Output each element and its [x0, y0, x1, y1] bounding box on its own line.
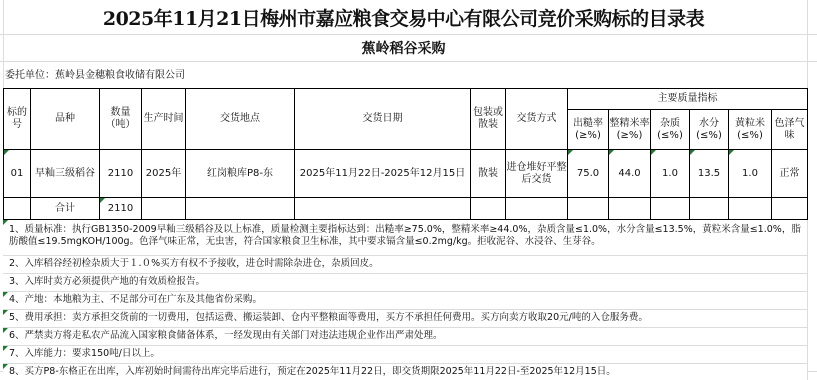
total-quantity[interactable]: 2110	[100, 198, 142, 220]
header-lot-no: 标的号	[4, 89, 31, 150]
header-quantity: 数量（吨）	[100, 89, 142, 150]
cell-empty[interactable]	[690, 198, 729, 220]
cell-quantity[interactable]: 2110	[100, 150, 142, 198]
note-item[interactable]: 1、质量标准：执行GB1350-2009早籼三级稻谷及以上标准，质量检测主要指标…	[3, 220, 807, 256]
cell-empty[interactable]	[295, 198, 471, 220]
cell-empty[interactable]	[471, 198, 506, 220]
cell-delivery-method[interactable]: 进仓堆好平整后交货	[506, 150, 568, 198]
lot-table: 标的号 品种 数量（吨） 生产时间 交货地点 交货日期 包装或散装 交货方式 主…	[3, 88, 808, 220]
cell-moisture[interactable]: 13.5	[690, 150, 729, 198]
header-moisture: 水分(≤%)	[690, 110, 729, 150]
cell-impurity[interactable]: 1.0	[651, 150, 690, 198]
cell-empty[interactable]	[651, 198, 690, 220]
total-row: 合计 2110	[4, 198, 808, 220]
cell-delivery-date[interactable]: 2025年11月22日-2025年12月15日	[295, 150, 471, 198]
page-title: 2025年11月21日梅州市嘉应粮食交易中心有限公司竞价采购标的目录表	[0, 0, 807, 34]
cell-empty[interactable]	[506, 198, 568, 220]
cell-empty[interactable]	[772, 198, 808, 220]
header-variety: 品种	[31, 89, 100, 150]
cell-empty[interactable]	[609, 198, 651, 220]
cell-delivery-location[interactable]: 红岗粮库P8-东	[186, 150, 295, 198]
cell-yellow-rice[interactable]: 1.0	[729, 150, 772, 198]
cell-empty[interactable]	[729, 198, 772, 220]
cell-variety[interactable]: 早籼三级稻谷	[31, 150, 100, 198]
header-delivery-location: 交货地点	[186, 89, 295, 150]
header-delivery-date: 交货日期	[295, 89, 471, 150]
note-item[interactable]: 6、严禁卖方将走私农产品流入国家粮食储备体系，一经发现由有关部门对违法违规企业作…	[3, 328, 807, 346]
table-row: 01 早籼三级稻谷 2110 2025年 红岗粮库P8-东 2025年11月22…	[4, 150, 808, 198]
header-color-odor: 色泽气味	[772, 110, 808, 150]
page-subtitle: 蕉岭稻谷采购	[0, 34, 807, 61]
note-item[interactable]: 4、产地：本地粮为主、不足部分可在广东及其他省份采购。	[3, 292, 807, 310]
cell-empty[interactable]	[186, 198, 295, 220]
cell-empty[interactable]	[4, 198, 31, 220]
cell-packaging[interactable]: 散装	[471, 150, 506, 198]
total-label[interactable]: 合计	[31, 198, 100, 220]
header-production-year: 生产时间	[142, 89, 186, 150]
cell-husking-rate[interactable]: 75.0	[568, 150, 609, 198]
client-unit: 委托单位：蕉岭县金穗粮食收储有限公司	[5, 66, 185, 81]
note-item[interactable]: 3、入库时卖方必须提供产地的有效质检报告。	[3, 274, 807, 292]
note-item[interactable]: 8、买方P8-东格正在出库，入库初始时间需待出库完毕后进行，预定在2025年11…	[3, 364, 807, 380]
note-item[interactable]: 7、入库能力：要求150吨/日以上。	[3, 346, 807, 364]
note-item[interactable]: 5、费用承担：卖方承担交货前的一切费用，包括运费、搬运装卸、仓内平整粮面等费用，…	[3, 310, 807, 328]
cell-empty[interactable]	[568, 198, 609, 220]
cell-color-odor[interactable]: 正常	[772, 150, 808, 198]
cell-lot-no[interactable]: 01	[4, 150, 31, 198]
cell-head-rice-rate[interactable]: 44.0	[609, 150, 651, 198]
header-yellow-rice: 黄粒米(≤%)	[729, 110, 772, 150]
header-husking-rate: 出糙率(≥%)	[568, 110, 609, 150]
header-packaging: 包装或散装	[471, 89, 506, 150]
header-head-rice-rate: 整精米率(≥%)	[609, 110, 651, 150]
cell-empty[interactable]	[142, 198, 186, 220]
grid-line	[0, 61, 817, 62]
header-row: 标的号 品种 数量（吨） 生产时间 交货地点 交货日期 包装或散装 交货方式 主…	[4, 89, 808, 110]
header-delivery-method: 交货方式	[506, 89, 568, 150]
header-impurity: 杂质(≤%)	[651, 110, 690, 150]
notes-section: 1、质量标准：执行GB1350-2009早籼三级稻谷及以上标准，质量检测主要指标…	[3, 220, 807, 380]
note-item[interactable]: 2、入库稻谷经初检杂质大于１.０%买方有权不予接收，进仓时需除杂进仓，杂质回皮。	[3, 256, 807, 274]
header-quality-group: 主要质量指标	[568, 89, 808, 110]
cell-production-year[interactable]: 2025年	[142, 150, 186, 198]
